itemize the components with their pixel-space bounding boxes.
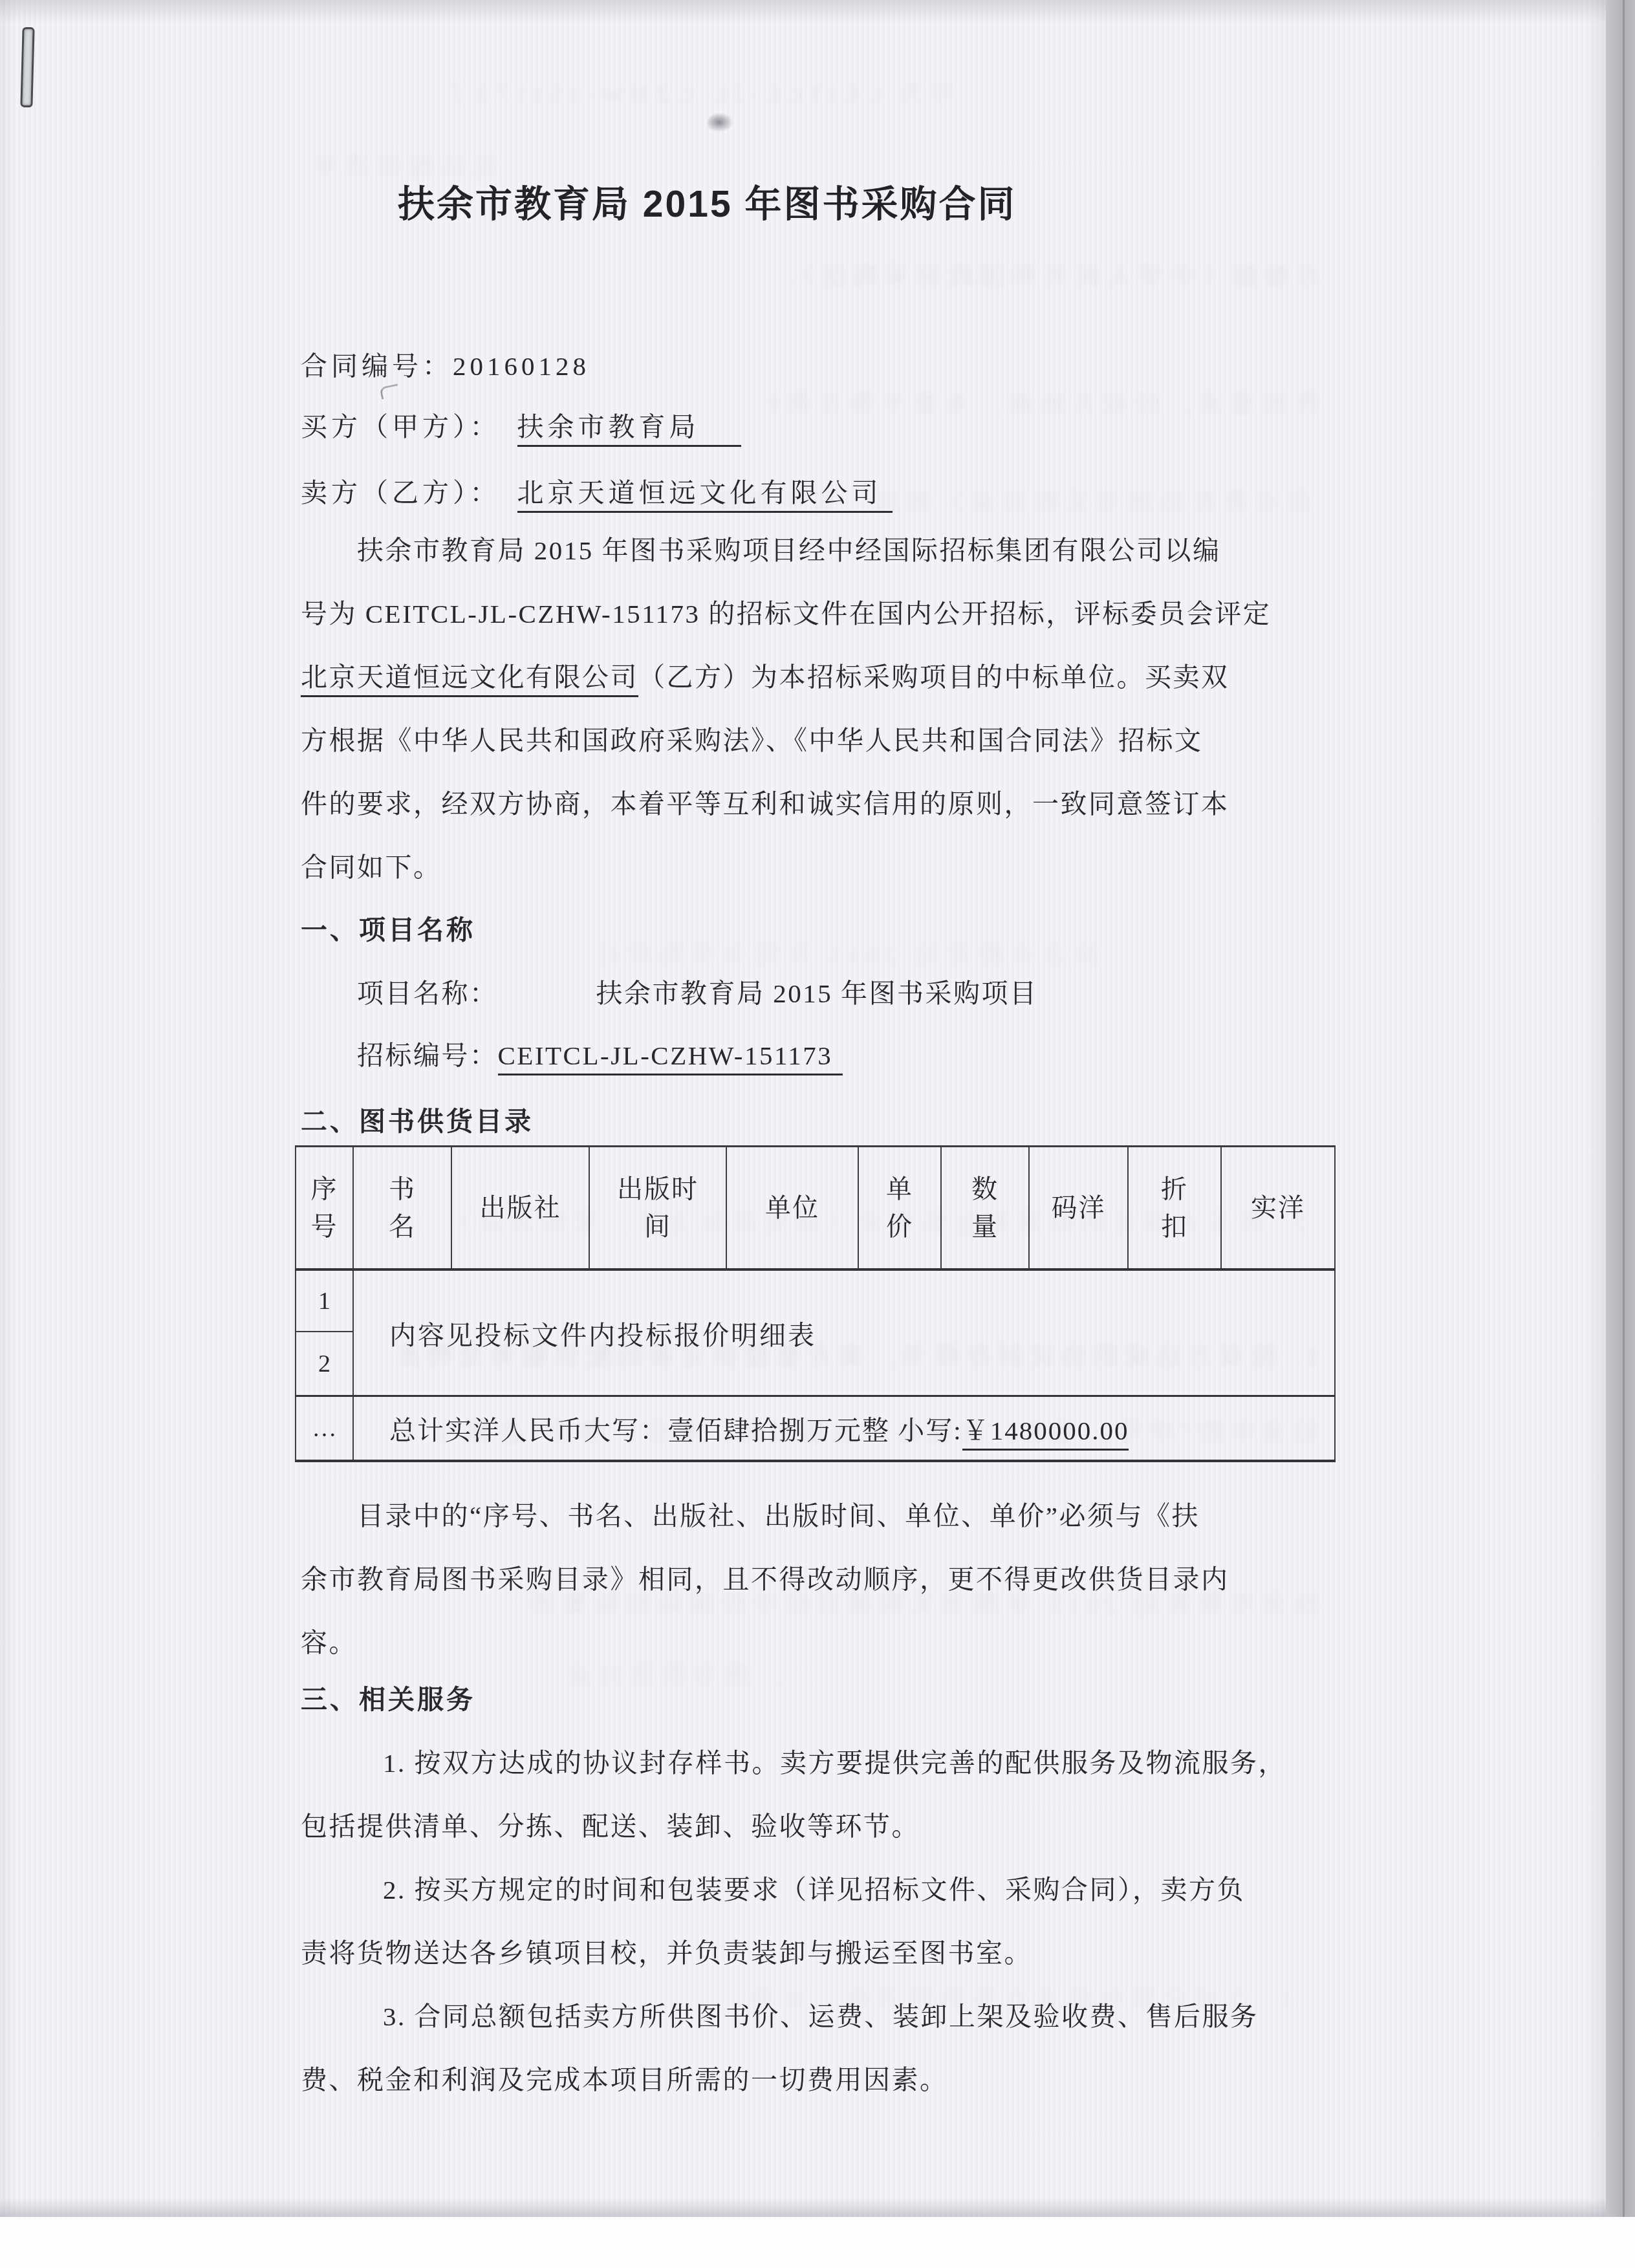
service-item2-line2: 责将货物送达各乡镇项目校，并负责装卸与搬运至图书室。 xyxy=(301,1936,1032,1970)
intro-line-3-rest: （乙方）为本招标采购项目的中标单位。买卖双 xyxy=(638,662,1229,692)
catalog-note-line-3: 容。 xyxy=(301,1626,357,1659)
document-title: 扶余市教育局 2015 年图书采购合同 xyxy=(398,188,1016,221)
project-name-line: 项目名称：扶余市教育局 2015 年图书采购项目 xyxy=(357,977,1038,1010)
table-note-cell: 内容见投标文件内投标报价明细表 xyxy=(353,1269,1335,1396)
col-header-discount: 折 扣 xyxy=(1128,1147,1221,1270)
buyer-line: 买方（甲方）：扶余市教育局 xyxy=(301,410,741,444)
table-header-row: 序 号 书 名 出版社 出版时 间 单位 单 价 数 量 码洋 折 扣 实洋 xyxy=(296,1147,1335,1270)
col-header-list-price: 码洋 xyxy=(1029,1147,1128,1270)
buyer-value: 扶余市教育局 xyxy=(517,412,741,447)
row1-seq: 1 xyxy=(296,1269,353,1332)
col-header-unit-price: 单 价 xyxy=(858,1147,941,1270)
scanned-page: 号为 CEITCL-JL-CZHW-151173 的招标文件在国内公开招标，评标… xyxy=(0,0,1635,2268)
col-header-net-price: 实洋 xyxy=(1221,1147,1335,1270)
catalog-note-line-2: 余市教育局图书采购目录》相同，且不得改动顺序，更不得更改供货目录内 xyxy=(301,1562,1229,1596)
staple-mark xyxy=(20,27,34,107)
service-item2-line1: 2. 按买方规定的时间和包装要求（详见招标文件、采购合同），卖方负 xyxy=(383,1873,1245,1906)
section1-heading: 一、项目名称 xyxy=(301,913,475,947)
col-header-book-title: 书 名 xyxy=(353,1147,451,1270)
project-name-value: 扶余市教育局 2015 年图书采购项目 xyxy=(596,978,1038,1008)
service-item3-line1: 3. 合同总额包括卖方所供图书价、运费、装卸上架及验收费、售后服务 xyxy=(383,2000,1259,2033)
bid-number-label: 招标编号： xyxy=(357,1041,498,1070)
section3-heading: 三、相关服务 xyxy=(301,1683,475,1716)
awarded-company-underlined: 北京天道恒远文化有限公司 xyxy=(301,662,638,697)
table-total-cell: 总计实洋人民币大写：壹佰肆拾捌万元整 小写:￥1480000.00 xyxy=(353,1396,1335,1462)
intro-line-2: 号为 CEITCL-JL-CZHW-151173 的招标文件在国内公开招标，评标… xyxy=(301,597,1271,631)
col-header-publisher: 出版社 xyxy=(451,1147,589,1270)
table-row: 1 内容见投标文件内投标报价明细表 xyxy=(296,1269,1335,1332)
contract-number-label: 合同编号： xyxy=(301,351,453,381)
intro-line-3: 北京天道恒远文化有限公司（乙方）为本招标采购项目的中标单位。买卖双 xyxy=(301,660,1229,694)
col-header-seq: 序 号 xyxy=(296,1147,353,1270)
row2-seq: 2 xyxy=(296,1332,353,1396)
col-header-unit: 单位 xyxy=(726,1147,858,1270)
total-row-seq: … xyxy=(296,1396,353,1462)
buyer-label: 买方（甲方）： xyxy=(301,412,501,442)
col-header-quantity: 数 量 xyxy=(941,1147,1029,1270)
seller-line: 卖方（乙方）：北京天道恒远文化有限公司 xyxy=(301,476,893,510)
service-item3-line2: 费、税金和利润及完成本项目所需的一切费用因素。 xyxy=(301,2063,948,2097)
seller-label: 卖方（乙方）： xyxy=(301,478,501,508)
catalog-note-line-1: 目录中的“序号、书名、出版社、出版时间、单位、单价”必须与《扶 xyxy=(357,1499,1200,1533)
scanner-edge-strip xyxy=(1606,0,1635,2217)
table-total-row: … 总计实洋人民币大写：壹佰肆拾捌万元整 小写:￥1480000.00 xyxy=(296,1396,1335,1462)
intro-line-1: 扶余市教育局 2015 年图书采购项目经中经国际招标集团有限公司以编 xyxy=(357,534,1221,567)
intro-line-4: 方根据《中华人民共和国政府采购法》、《中华人民共和国合同法》招标文 xyxy=(301,724,1203,757)
col-header-publish-date: 出版时 间 xyxy=(589,1147,726,1270)
contract-number-line: 合同编号：20160128 xyxy=(301,349,590,383)
intro-line-6: 合同如下。 xyxy=(301,850,442,884)
total-amount-value: ￥1480000.00 xyxy=(962,1416,1129,1451)
section2-heading: 二、图书供货目录 xyxy=(301,1105,534,1138)
service-item1-line2: 包括提供清单、分拣、配送、装卸、验收等环节。 xyxy=(301,1809,920,1843)
project-name-label: 项目名称： xyxy=(357,978,498,1008)
seller-value: 北京天道恒远文化有限公司 xyxy=(517,478,893,513)
bid-number-line: 招标编号：CEITCL-JL-CZHW-151173 xyxy=(357,1039,843,1072)
total-amount-label: 总计实洋人民币大写：壹佰肆拾捌万元整 小写: xyxy=(389,1416,962,1445)
bid-number-value: CEITCL-JL-CZHW-151173 xyxy=(498,1041,843,1075)
contract-number-value: 20160128 xyxy=(453,351,590,381)
service-item1-line1: 1. 按双方达成的协议封存样书。卖方要提供完善的配供服务及物流服务， xyxy=(383,1746,1286,1780)
intro-line-5: 件的要求，经双方协商，本着平等互利和诚实信用的原则，一致同意签订本 xyxy=(301,787,1229,821)
book-supply-table: 序 号 书 名 出版社 出版时 间 单位 单 价 数 量 码洋 折 扣 实洋 1… xyxy=(295,1145,1336,1462)
